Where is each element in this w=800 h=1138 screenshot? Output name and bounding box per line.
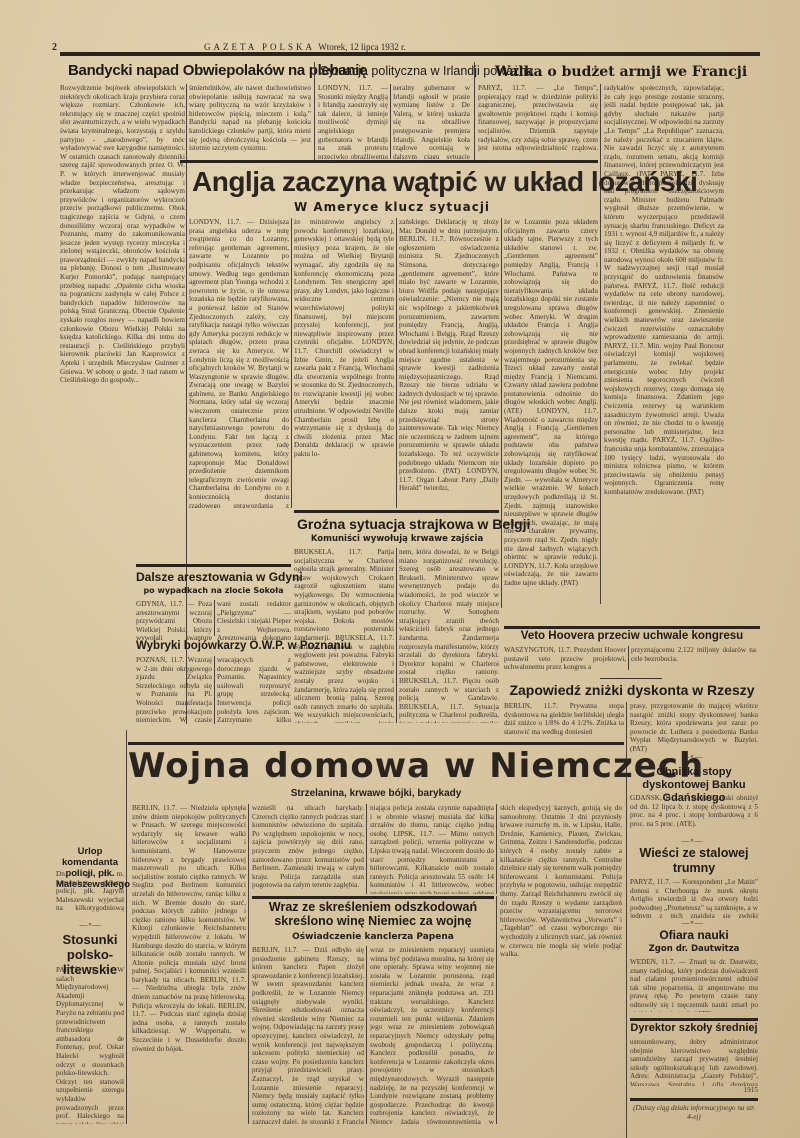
column-rule bbox=[291, 218, 292, 508]
article-hoover-col1: WASZYNGTON, 11.7. Prezydent Hoover posta… bbox=[504, 646, 626, 674]
subheadline-anglja: W Ameryce klucz sytuacji bbox=[192, 200, 592, 214]
headline-hoover: Veto Hoovera przeciw uchwale kongresu bbox=[504, 630, 760, 642]
subheadline-belgja: Komuniści wywołują krwawe zajścia bbox=[297, 534, 497, 544]
article-gdynia-col2: wani zostali redaktor „Pielgrzyma” — Cie… bbox=[217, 600, 291, 640]
column-rule bbox=[214, 656, 215, 724]
headline-papen: Wraz ze skreśleniem odszkodowań skreślon… bbox=[252, 900, 494, 928]
subheadline-papen: Oświadczenie kanclerza Papena bbox=[252, 932, 494, 942]
column-rule bbox=[496, 804, 497, 894]
divider-ornament: —∘— bbox=[72, 920, 108, 929]
article-hoover-col2: przyznającemu 2,122 miljony dolarów na c… bbox=[631, 646, 756, 674]
subheadline-gdynia: po wypadkach na zlocie Sokoła bbox=[136, 586, 291, 595]
article-bandycki-col2: śmiertelników, ale nawet duchowieństwo o… bbox=[189, 84, 311, 159]
article-niemcy-col1: BERLIN, 11.7. — Niedziela upłynęła znów … bbox=[132, 804, 246, 1124]
article-niemcy-col2: wznieśli na ulicach barykady. Czterech c… bbox=[252, 804, 364, 894]
headline-dyrektor: Dyrektor szkoły średniej bbox=[630, 1022, 758, 1034]
section-rule bbox=[128, 742, 624, 745]
article-rzesza-col1: BERLIN, 11.7. Prywatna stopa dyskontowa … bbox=[504, 702, 624, 736]
section-rule bbox=[504, 626, 760, 629]
article-francja-col1: PARYŻ, 11.7. — „Le Temps”, popierający r… bbox=[478, 84, 598, 154]
column-rule bbox=[390, 84, 391, 159]
article-irlandja-col2: neralny gubernator w Irlandji ogłosił w … bbox=[393, 84, 470, 159]
headline-bandycki: Bandycki napad Obwiepolaków na plebanię bbox=[68, 62, 338, 79]
headline-belgja: Groźna sytuacja strajkowa w Belgji bbox=[297, 516, 497, 532]
article-anglja-col2: że ministrowie angielscy z powodu konfer… bbox=[294, 218, 394, 508]
article-anglja-col3: zańskiego. Deklarację tę złoży Mac Donal… bbox=[399, 218, 499, 508]
masthead-title: GAZETA POLSKA Wtorek, 12 lipca 1932 r. bbox=[204, 42, 406, 52]
article-anglja-col1: LONDYN, 11.7. — Dzisiejsza prasa angiels… bbox=[189, 218, 289, 508]
headline-poznan: Wybryki bojówkarzy O.W.P. w Poznaniu bbox=[136, 640, 291, 652]
article-belgja-col2: nem, która dowodzi, że w Belgji miano zo… bbox=[399, 548, 499, 723]
continuation-note: (Dalszy ciąg działu informacyjnego na st… bbox=[630, 1104, 758, 1124]
section-rule bbox=[136, 564, 291, 567]
section-rule bbox=[630, 1098, 758, 1101]
column-rule bbox=[474, 62, 475, 160]
headline-rzesza: Zapowiedź zniżki dyskonta w Rzeszy bbox=[504, 682, 760, 698]
column-rule bbox=[600, 84, 601, 604]
headline-nauka: Ofiara nauki bbox=[630, 928, 758, 942]
column-rule bbox=[628, 646, 629, 670]
article-francja-col2: radykałów społecznych, zapowiadając, że … bbox=[604, 84, 724, 604]
divider bbox=[600, 678, 662, 679]
divider-ornament: —∘— bbox=[672, 918, 712, 927]
article-litwa: PARYŻ, 11. 7. W salach Międzynarodowej A… bbox=[56, 966, 124, 1124]
column-rule bbox=[396, 548, 397, 723]
article-niemcy-col3: niająca policja została czynnie napadnię… bbox=[370, 804, 494, 894]
column-rule bbox=[396, 218, 397, 508]
headline-gdynia: Dalsze aresztowania w Gdyni bbox=[136, 570, 291, 584]
column-rule bbox=[126, 730, 127, 1124]
column-rule bbox=[496, 896, 497, 1124]
masthead-rule bbox=[60, 52, 760, 56]
column-rule bbox=[501, 218, 502, 608]
headline-niemcy: Wojna domowa w Niemczech bbox=[128, 746, 624, 786]
article-poznan-col1: POZNAŃ, 11.7. Wczoraj w 2-im dniu okręgo… bbox=[136, 656, 212, 726]
article-papen-col1: BERLIN, 11.7. — Dziś odbyło się posiedze… bbox=[252, 946, 364, 1124]
column-rule bbox=[366, 804, 367, 894]
section-rule bbox=[294, 510, 499, 513]
article-anglja-col4: że w Lozannie poza układem oficjalnym za… bbox=[504, 218, 598, 608]
article-trumna: PARYŻ, 11.7. — Korespondent „Le Matin” d… bbox=[630, 878, 758, 918]
page-number: 2 bbox=[52, 42, 58, 53]
newspaper-page: 2 GAZETA POLSKA Wtorek, 12 lipca 1932 r.… bbox=[52, 40, 760, 1125]
column-rule bbox=[366, 946, 367, 1124]
article-belgja-col1: BRUKSELA, 11.7. Partja socjalistyczna w … bbox=[294, 548, 394, 723]
subheadline-niemcy: Strzelanina, krwawe bójki, barykady bbox=[128, 788, 624, 799]
article-gdansk: GDAŃSK, 11.7. — Bank Gdański obniżył od … bbox=[630, 794, 758, 836]
subheadline-nauka: Zgon dr. Dautwitza bbox=[630, 944, 758, 954]
headline-trumna: Wieści ze stalowej trumny bbox=[630, 846, 758, 876]
article-niemcy-col4: skich ekspedycyj karnych, gotują się do … bbox=[500, 804, 622, 1124]
section-rule bbox=[180, 160, 598, 163]
section-rule bbox=[630, 1018, 758, 1021]
column-rule bbox=[214, 600, 215, 636]
headline-francja: Walka o budżet armji we Francji bbox=[482, 64, 760, 80]
article-dyrektor: ustosunkowany, dobry administrator obejm… bbox=[630, 1038, 758, 1086]
article-urlop: Dn. 11-go b. m. komendant główny policji… bbox=[56, 870, 124, 914]
column-rule bbox=[248, 804, 249, 1124]
article-nauka: WEDEŃ, 11.7. — Zmarł tu dr. Dautwitz, zn… bbox=[630, 958, 758, 1012]
article-papen-col2: wraz ze zniesieniem reparacyj usunięta w… bbox=[370, 946, 494, 1124]
article-poznan-col2: wracających z dorocznego zjazdu w Poznan… bbox=[217, 656, 291, 726]
headline-anglja: Anglja zaczyna wątpić w układ lozański bbox=[192, 166, 592, 198]
column-rule bbox=[314, 62, 315, 160]
article-gdynia-col1: GDYNIA, 11.7. — Poza aresztowanymi wczor… bbox=[136, 600, 212, 640]
section-rule bbox=[252, 896, 494, 899]
article-irlandja-col1: LONDYN, 11.7. — Stosunki między Anglją i… bbox=[318, 84, 388, 159]
divider-ornament: —∘— bbox=[672, 836, 712, 845]
ad-number: 1915 bbox=[630, 1086, 758, 1096]
